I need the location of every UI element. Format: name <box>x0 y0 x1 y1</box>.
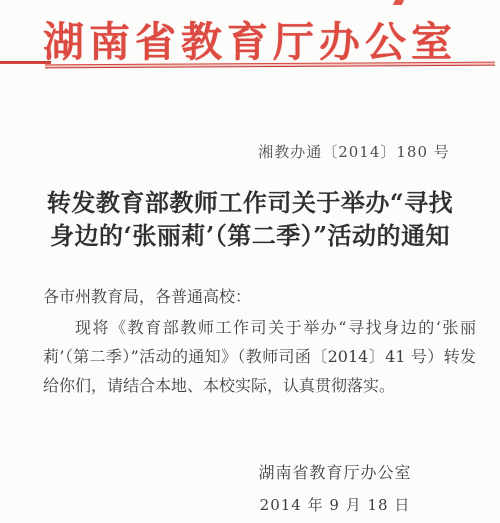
letterhead-rule-left-segment <box>0 61 51 64</box>
body-paragraph: 现将《教育部教师工作司关于举办“寻找身边的‘张丽莉’（第二季）”活动的通知》（教… <box>43 313 476 400</box>
scanned-official-document: 湖南省教育厅办公室 湘教办通〔2014〕180 号 转发教育部教师工作司关于举办… <box>0 0 500 523</box>
letterhead-org-name: 湖南省教育厅办公室 <box>0 9 500 68</box>
document-body: 各市州教育局，各普通高校： 现将《教育部教师工作司关于举办“寻找身边的‘张丽莉’… <box>43 282 476 400</box>
signature-org-name: 湖南省教育厅办公室 <box>250 462 420 484</box>
document-number: 湘教办通〔2014〕180 号 <box>0 141 500 162</box>
scan-artifact-mark <box>393 0 404 5</box>
salutation: 各市州教育局，各普通高校： <box>43 282 476 311</box>
signature-date: 2014 年 9 月 18 日 <box>250 494 420 516</box>
document-title-line1: 转发教育部教师工作司关于举办“寻找 <box>0 186 500 219</box>
document-title-line2: 身边的‘张丽莉’（第二季）”活动的通知 <box>0 219 500 252</box>
document-title: 转发教育部教师工作司关于举办“寻找 身边的‘张丽莉’（第二季）”活动的通知 <box>0 186 500 252</box>
signature-block: 湖南省教育厅办公室 2014 年 9 月 18 日 <box>250 462 420 516</box>
